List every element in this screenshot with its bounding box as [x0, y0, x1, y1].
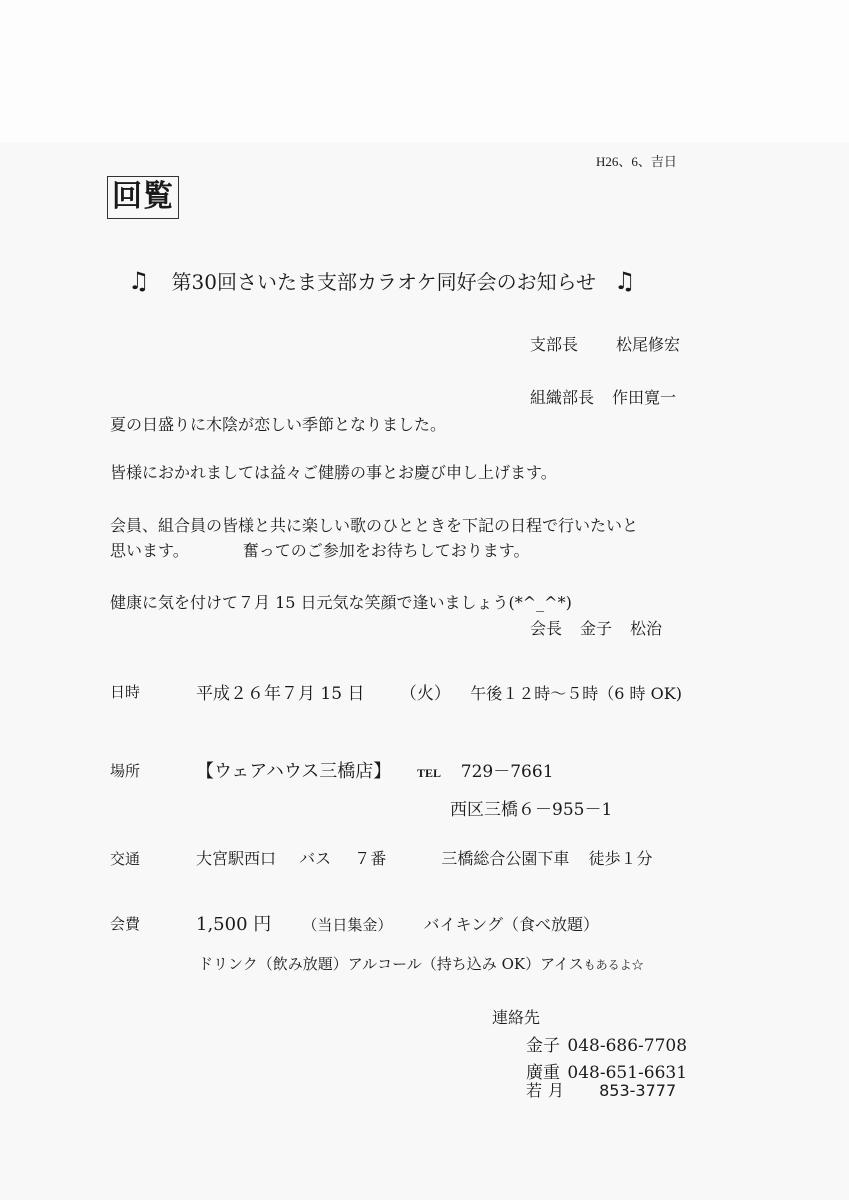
signatory-org-head: 組織部長 作田寛一 — [530, 385, 676, 408]
signatory-name: 松尾修宏 — [616, 332, 680, 355]
fee-extras: ドリンク（飲み放題）アルコール（持ち込み OK）アイスもあるよ☆ — [198, 953, 644, 974]
datetime-label: 日時 — [110, 681, 140, 702]
invitation-paragraph: 会員、組合員の皆様と共に楽しい歌のひとときを下記の日程で行いたいと — [110, 513, 638, 538]
fee-label: 会費 — [110, 913, 140, 934]
contact-name: 若月 — [526, 1081, 570, 1100]
transport-label: 交通 — [110, 848, 140, 869]
signatory-name: 作田寛一 — [612, 385, 676, 408]
greeting-paragraph: 夏の日盛りに木陰が恋しい季節となりました。 — [110, 412, 446, 437]
contact-item: 金子 048-686-7708 — [526, 1031, 687, 1056]
venue-name: 【ウェアハウス三橋店】 — [196, 761, 391, 782]
transport-value: 大宮駅西口 バス ７番 三橋総合公園下車 徒歩１分 — [196, 846, 652, 869]
invitation-paragraph-cont: 思います。奮ってのご参加をお待ちしております。 — [110, 538, 529, 563]
president-signature: 会長 金子 松治 — [530, 616, 662, 639]
president-role: 会長 — [530, 616, 562, 639]
fee-amount: 1,500 円 — [196, 914, 271, 935]
bus: バス — [299, 849, 331, 868]
place-label: 場所 — [110, 760, 140, 781]
scan-top-band — [0, 0, 849, 142]
event-date: 平成２６年７月 15 日 — [196, 684, 364, 704]
signatory-role: 組織部長 — [530, 385, 612, 408]
music-note-icon: ♫ — [614, 267, 636, 295]
music-note-icon: ♫ — [128, 267, 150, 295]
event-time: 午後１２時～５時（6 時 OK) — [470, 684, 682, 703]
event-day: （火） — [400, 684, 451, 704]
bus-number: ７番 — [354, 849, 386, 868]
notice-title-text: 第30回さいたま支部カラオケ同好会のお知らせ — [172, 266, 596, 295]
contact-item: 若月 853-3777 — [526, 1078, 676, 1101]
president-surname: 金子 — [580, 616, 612, 639]
president-given-name: 松治 — [630, 616, 662, 639]
walk-time: 徒歩１分 — [588, 849, 652, 868]
notice-title: ♫ 第30回さいたま支部カラオケ同好会のお知らせ ♫ — [128, 266, 635, 295]
fee-collection: （当日集金） — [302, 916, 392, 934]
greeting-paragraph: 皆様におかれましては益々ご健勝の事とお慶び申し上げます。 — [110, 460, 557, 485]
contact-phone: 853-3777 — [599, 1081, 676, 1100]
place-value: 【ウェアハウス三橋店】 TEL 729－7661 — [196, 757, 554, 783]
fee-extras-text: ドリンク（飲み放題）アルコール（持ち込み OK）アイス — [198, 955, 584, 973]
invitation-text: 奮ってのご参加をお待ちしております。 — [243, 541, 530, 560]
station: 大宮駅西口 — [196, 849, 276, 868]
circular-stamp: 回覧 — [107, 176, 179, 219]
contacts-title: 連絡先 — [492, 1005, 540, 1028]
signatory-branch-head: 支部長 松尾修宏 — [530, 332, 680, 355]
buffet-note: バイキング（食べ放題） — [423, 915, 599, 934]
document-date: H26、6、吉日 — [596, 151, 677, 170]
fee-extras-small: もあるよ☆ — [584, 958, 644, 972]
datetime-value: 平成２６年７月 15 日 （火） 午後１２時～５時（6 時 OK) — [196, 679, 682, 704]
venue-address: 西区三橋６－955－1 — [450, 795, 612, 820]
contact-name: 金子 — [526, 1036, 560, 1056]
contact-phone: 048-686-7708 — [567, 1036, 687, 1056]
venue-phone: 729－7661 — [461, 762, 554, 782]
telephone-icon: TEL — [417, 766, 441, 780]
fee-value: 1,500 円 （当日集金） バイキング（食べ放題） — [196, 910, 599, 936]
bus-stop: 三橋総合公園下車 — [441, 849, 569, 868]
closing-paragraph: 健康に気を付けて７月 15 日元気な笑顔で逢いましょう(*^_^*) — [110, 590, 572, 615]
signatory-role: 支部長 — [530, 332, 616, 355]
invitation-text: 思います。 — [110, 541, 189, 560]
